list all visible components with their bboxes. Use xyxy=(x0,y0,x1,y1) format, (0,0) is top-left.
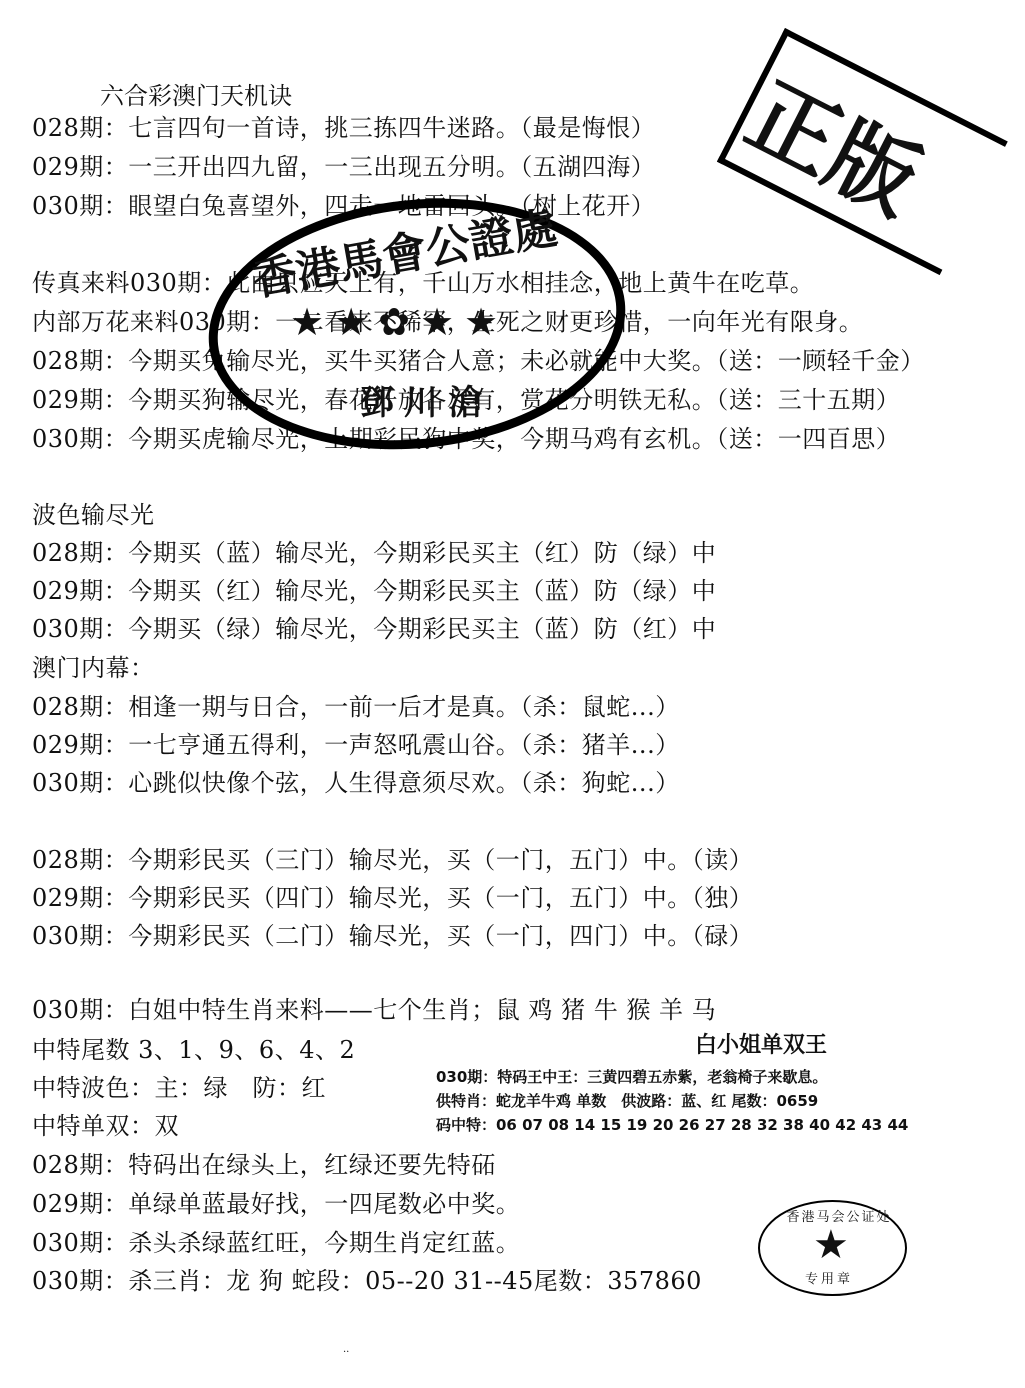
color-line: 030期：今期买（绿）输尽光，今期彩民买主（蓝）防（红）中 xyxy=(32,614,716,644)
panel-title: 白小姐单双王 xyxy=(506,1028,1016,1059)
stamp-stars-icon: ★★✿★★ xyxy=(290,300,508,344)
section-heading: 澳门内幕： xyxy=(32,653,155,683)
panel-line: 030期：特码王中王：三黄四碧五赤紫，老翁椅子来歇息。 xyxy=(436,1065,1016,1089)
period-line: 028期：特码出在绿头上，红绿还要先特砳 xyxy=(32,1150,496,1180)
odd-even-line: 中特单双：双 xyxy=(32,1111,179,1141)
stamp-bottom-text: 鄧川滄 xyxy=(360,375,492,424)
panel-line: 码中特：06 07 08 14 15 19 20 26 27 28 32 38 … xyxy=(436,1113,1016,1137)
inside-line: 030期：心跳似快像个弦，人生得意须尽欢。（杀：狗蛇...） xyxy=(32,768,680,798)
door-line: 030期：今期彩民买（二门）输尽光，买（一门，四门）中。（碌） xyxy=(32,921,753,951)
zodiac-line: 030期：白姐中特生肖来料——七个生肖；鼠 鸡 猪 牛 猴 羊 马 xyxy=(32,995,716,1025)
odd-even-king-panel: 白小姐单双王 030期：特码王中王：三黄四碧五赤紫，老翁椅子来歇息。 供特肖：蛇… xyxy=(436,1028,1016,1137)
inside-line: 028期：相逢一期与日合，一前一后才是真。（杀：鼠蛇...） xyxy=(32,692,680,722)
genuine-stamp: 正版 xyxy=(717,28,1008,275)
document-title: 六合彩澳门天机诀 xyxy=(100,76,292,111)
small-stamp-bottom-text: 专用章 xyxy=(805,1268,853,1287)
wave-color-line: 中特波色：主：绿 防：红 xyxy=(32,1073,326,1103)
period-line: 030期：杀头杀绿蓝红旺，今期生肖定红蓝。 xyxy=(32,1228,520,1258)
section-heading: 波色输尽光 xyxy=(32,500,155,530)
period-line: 030期：杀三肖：龙 狗 蛇段：05--20 31--45尾数：357860 xyxy=(32,1266,702,1296)
poem-line: 029期：一三开出四九留，一三出现五分明。（五湖四海） xyxy=(32,152,655,182)
footer-dots: .. xyxy=(343,1344,349,1355)
star-icon: ★ xyxy=(813,1222,849,1268)
period-line: 029期：单绿单蓝最好找，一四尾数必中奖。 xyxy=(32,1189,520,1219)
color-line: 028期：今期买（蓝）输尽光，今期彩民买主（红）防（绿）中 xyxy=(32,538,716,568)
poem-line: 028期：七言四句一首诗，挑三拣四牛迷路。（最是悔恨） xyxy=(32,113,655,143)
door-line: 029期：今期彩民买（四门）输尽光，买（一门，五门）中。（独） xyxy=(32,883,753,913)
door-line: 028期：今期彩民买（三门）输尽光，买（一门，五门）中。（读） xyxy=(32,845,753,875)
inside-line: 029期：一七亨通五得利，一声怒吼震山谷。（杀：猪羊...） xyxy=(32,730,680,760)
color-line: 029期：今期买（红）输尽光，今期彩民买主（蓝）防（绿）中 xyxy=(32,576,716,606)
tail-number-line: 中特尾数 3、1、9、6、4、2 xyxy=(32,1035,355,1065)
panel-line: 供特肖：蛇龙羊牛鸡 单数 供波路：蓝、红 尾数：0659 xyxy=(436,1089,1016,1113)
